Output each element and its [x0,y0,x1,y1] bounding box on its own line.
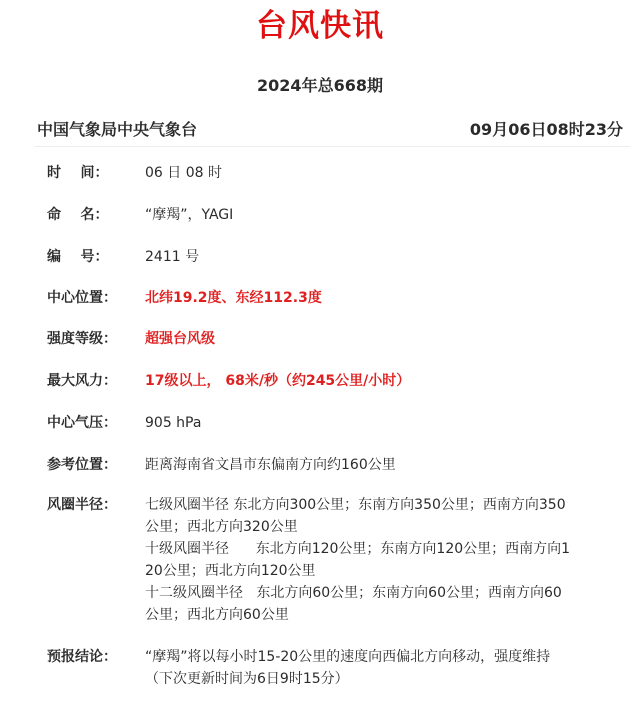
field-label: 预报结论： [47,646,145,690]
field-value: 905 hPa [145,412,627,434]
publish-timestamp: 09月06日08时23分 [470,118,623,142]
wind-radius-line: 公里；西北方向320公里 [145,516,627,538]
field-value: 北纬19.2度、东经112.3度 [145,287,627,309]
field-number: 编 号： 2411 号 [47,246,627,268]
field-value: 17级以上， 68米/秒（约245公里/小时） [145,370,627,392]
forecast-lines: “摩羯”将以每小时15-20公里的速度向西偏北方向移动，强度维持 （下次更新时间… [145,646,627,690]
field-label: 命 名： [47,204,145,226]
field-label: 时 间： [47,162,145,184]
page-title: 台风快讯 [0,4,640,48]
field-label: 风圈半径： [47,494,145,626]
field-forecast: 预报结论： “摩羯”将以每小时15-20公里的速度向西偏北方向移动，强度维持 （… [47,646,627,690]
wind-radius-lines: 七级风圈半径 东北方向300公里；东南方向350公里；西南方向350 公里；西北… [145,494,627,626]
field-center-pressure: 中心气压： 905 hPa [47,412,627,434]
source-row: 中国气象局中央气象台 09月06日08时23分 [37,118,623,142]
issue-number: 2024年总668期 [0,74,640,98]
field-label: 中心位置： [47,287,145,309]
field-label: 强度等级： [47,328,145,350]
forecast-line: （下次更新时间为6日9时15分） [145,668,627,690]
field-name: 命 名： “摩羯”，YAGI [47,204,627,226]
field-label: 中心气压： [47,412,145,434]
field-value: 2411 号 [145,246,627,268]
forecast-line: “摩羯”将以每小时15-20公里的速度向西偏北方向移动，强度维持 [145,646,627,668]
field-center-position: 中心位置： 北纬19.2度、东经112.3度 [47,287,627,309]
wind-radius-line: 十级风圈半径 东北方向120公里；东南方向120公里；西南方向1 [145,538,627,560]
field-max-wind: 最大风力： 17级以上， 68米/秒（约245公里/小时） [47,370,627,392]
field-time: 时 间： 06 日 08 时 [47,162,627,184]
wind-radius-line: 公里；西北方向60公里 [145,604,627,626]
wind-radius-line: 20公里；西北方向120公里 [145,560,627,582]
field-value: “摩羯”，YAGI [145,204,627,226]
field-label: 参考位置： [47,454,145,476]
field-value: 超强台风级 [145,328,627,350]
wind-radius-line: 十二级风圈半径 东北方向60公里；东南方向60公里；西南方向60 [145,582,627,604]
field-wind-radius: 风圈半径： 七级风圈半径 东北方向300公里；东南方向350公里；西南方向350… [47,494,627,626]
field-label: 最大风力： [47,370,145,392]
field-reference-position: 参考位置： 距离海南省文昌市东偏南方向约160公里 [47,454,627,476]
field-value: 距离海南省文昌市东偏南方向约160公里 [145,454,627,476]
agency-name: 中国气象局中央气象台 [37,118,197,142]
field-intensity: 强度等级： 超强台风级 [47,328,627,350]
wind-radius-line: 七级风圈半径 东北方向300公里；东南方向350公里；西南方向350 [145,494,627,516]
divider [35,146,630,147]
field-label: 编 号： [47,246,145,268]
field-value: 06 日 08 时 [145,162,627,184]
